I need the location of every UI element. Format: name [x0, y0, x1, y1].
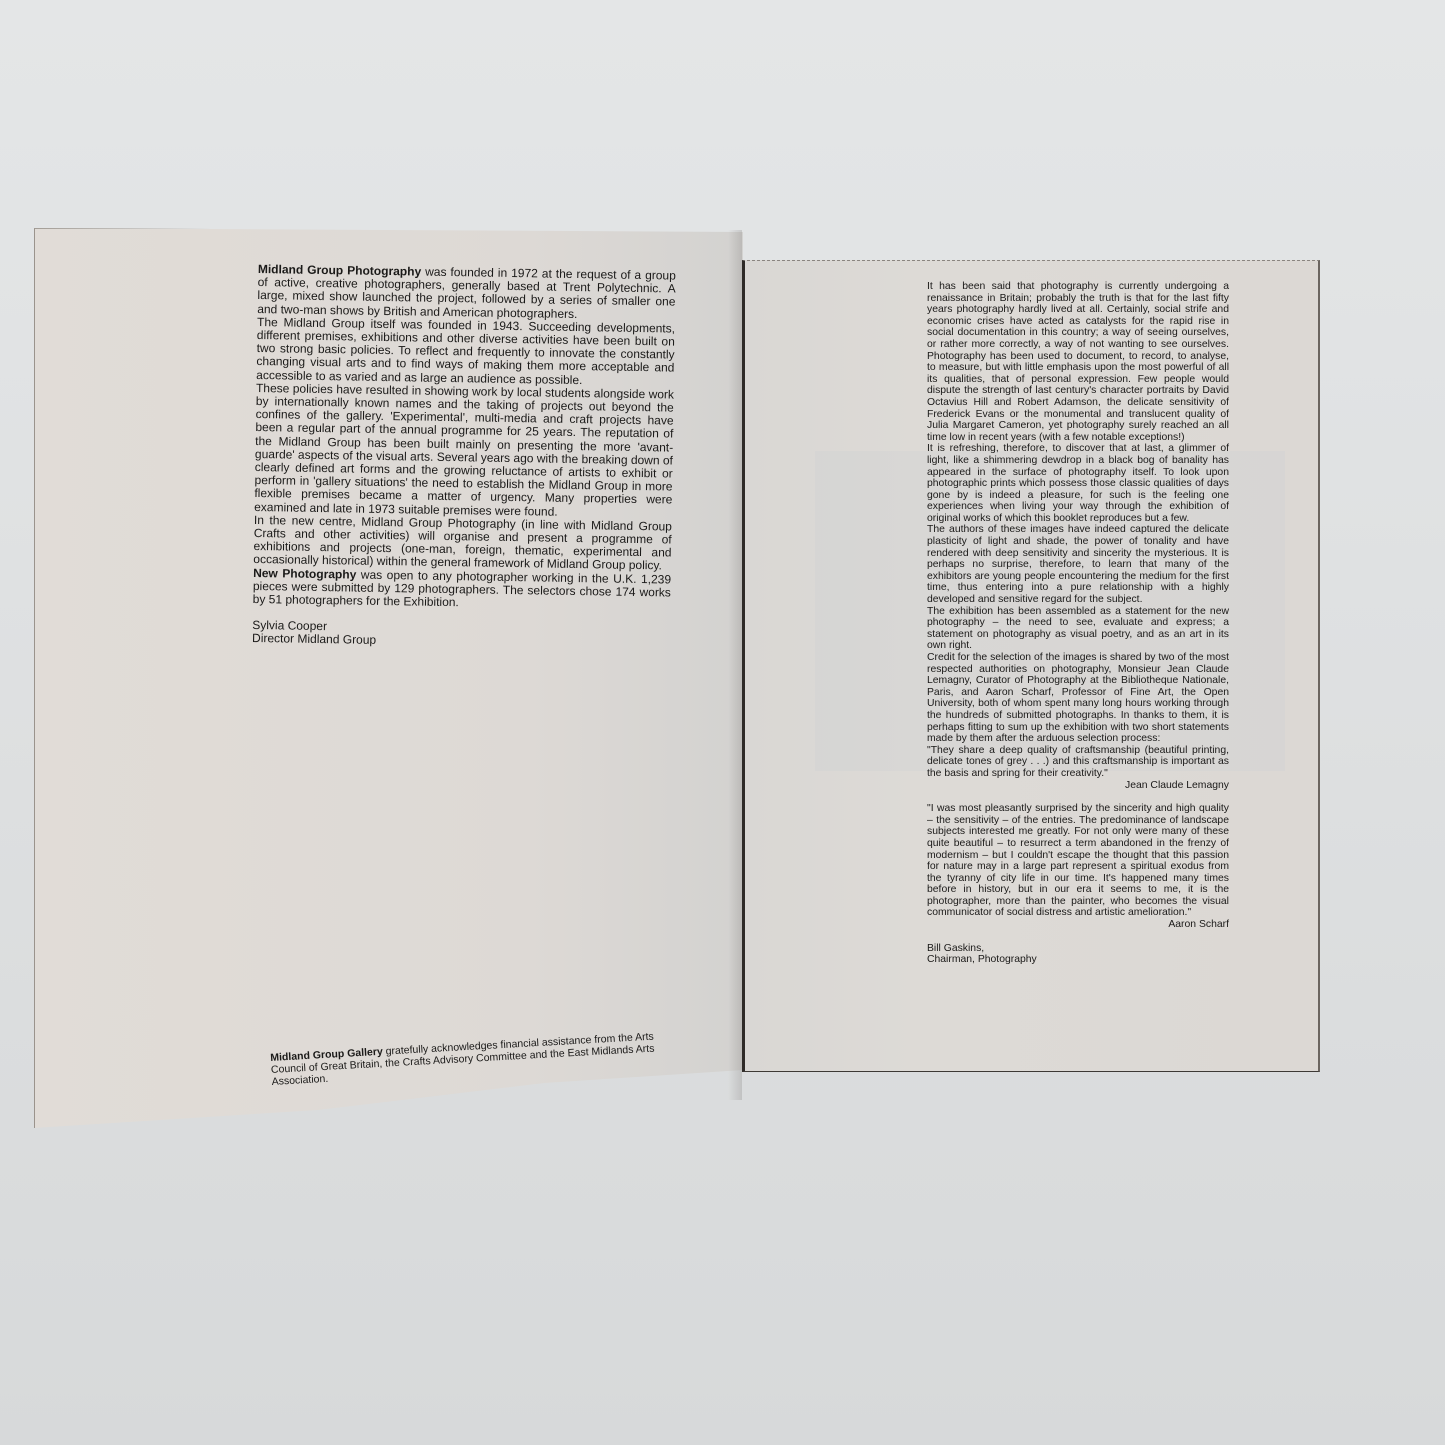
paragraph: In the new centre, Midland Group Photogr… — [253, 514, 672, 573]
left-page-text: Midland Group Photography was founded in… — [252, 263, 676, 652]
spine-shadow — [728, 230, 742, 1100]
paragraph: Midland Group Photography was founded in… — [257, 263, 676, 322]
quote: "They share a deep quality of craftsmans… — [927, 745, 1229, 780]
signature-block: Bill Gaskins, Chairman, Photography — [927, 943, 1229, 966]
paragraph: Credit for the selection of the images i… — [927, 652, 1229, 745]
quote-attribution: Aaron Scharf — [927, 919, 1229, 931]
signature-title: Chairman, Photography — [927, 954, 1037, 965]
paragraph: It is refreshing, therefore, to discover… — [927, 443, 1229, 524]
quote-attribution: Jean Claude Lemagny — [927, 780, 1229, 792]
paragraph: The Midland Group itself was founded in … — [256, 316, 675, 389]
paragraph: It has been said that photography is cur… — [927, 281, 1229, 443]
signature-name: Bill Gaskins, — [927, 943, 984, 954]
signature-title: Director Midland Group — [252, 631, 376, 647]
right-page-text: It has been said that photography is cur… — [927, 281, 1229, 966]
paragraph: The authors of these images have indeed … — [927, 524, 1229, 605]
quote: "I was most pleasantly surprised by the … — [927, 803, 1229, 919]
paragraph: These policies have resulted in showing … — [254, 382, 674, 521]
paragraph: The exhibition has been assembled as a s… — [927, 606, 1229, 652]
paragraph: New Photography was open to any photogra… — [253, 567, 672, 613]
